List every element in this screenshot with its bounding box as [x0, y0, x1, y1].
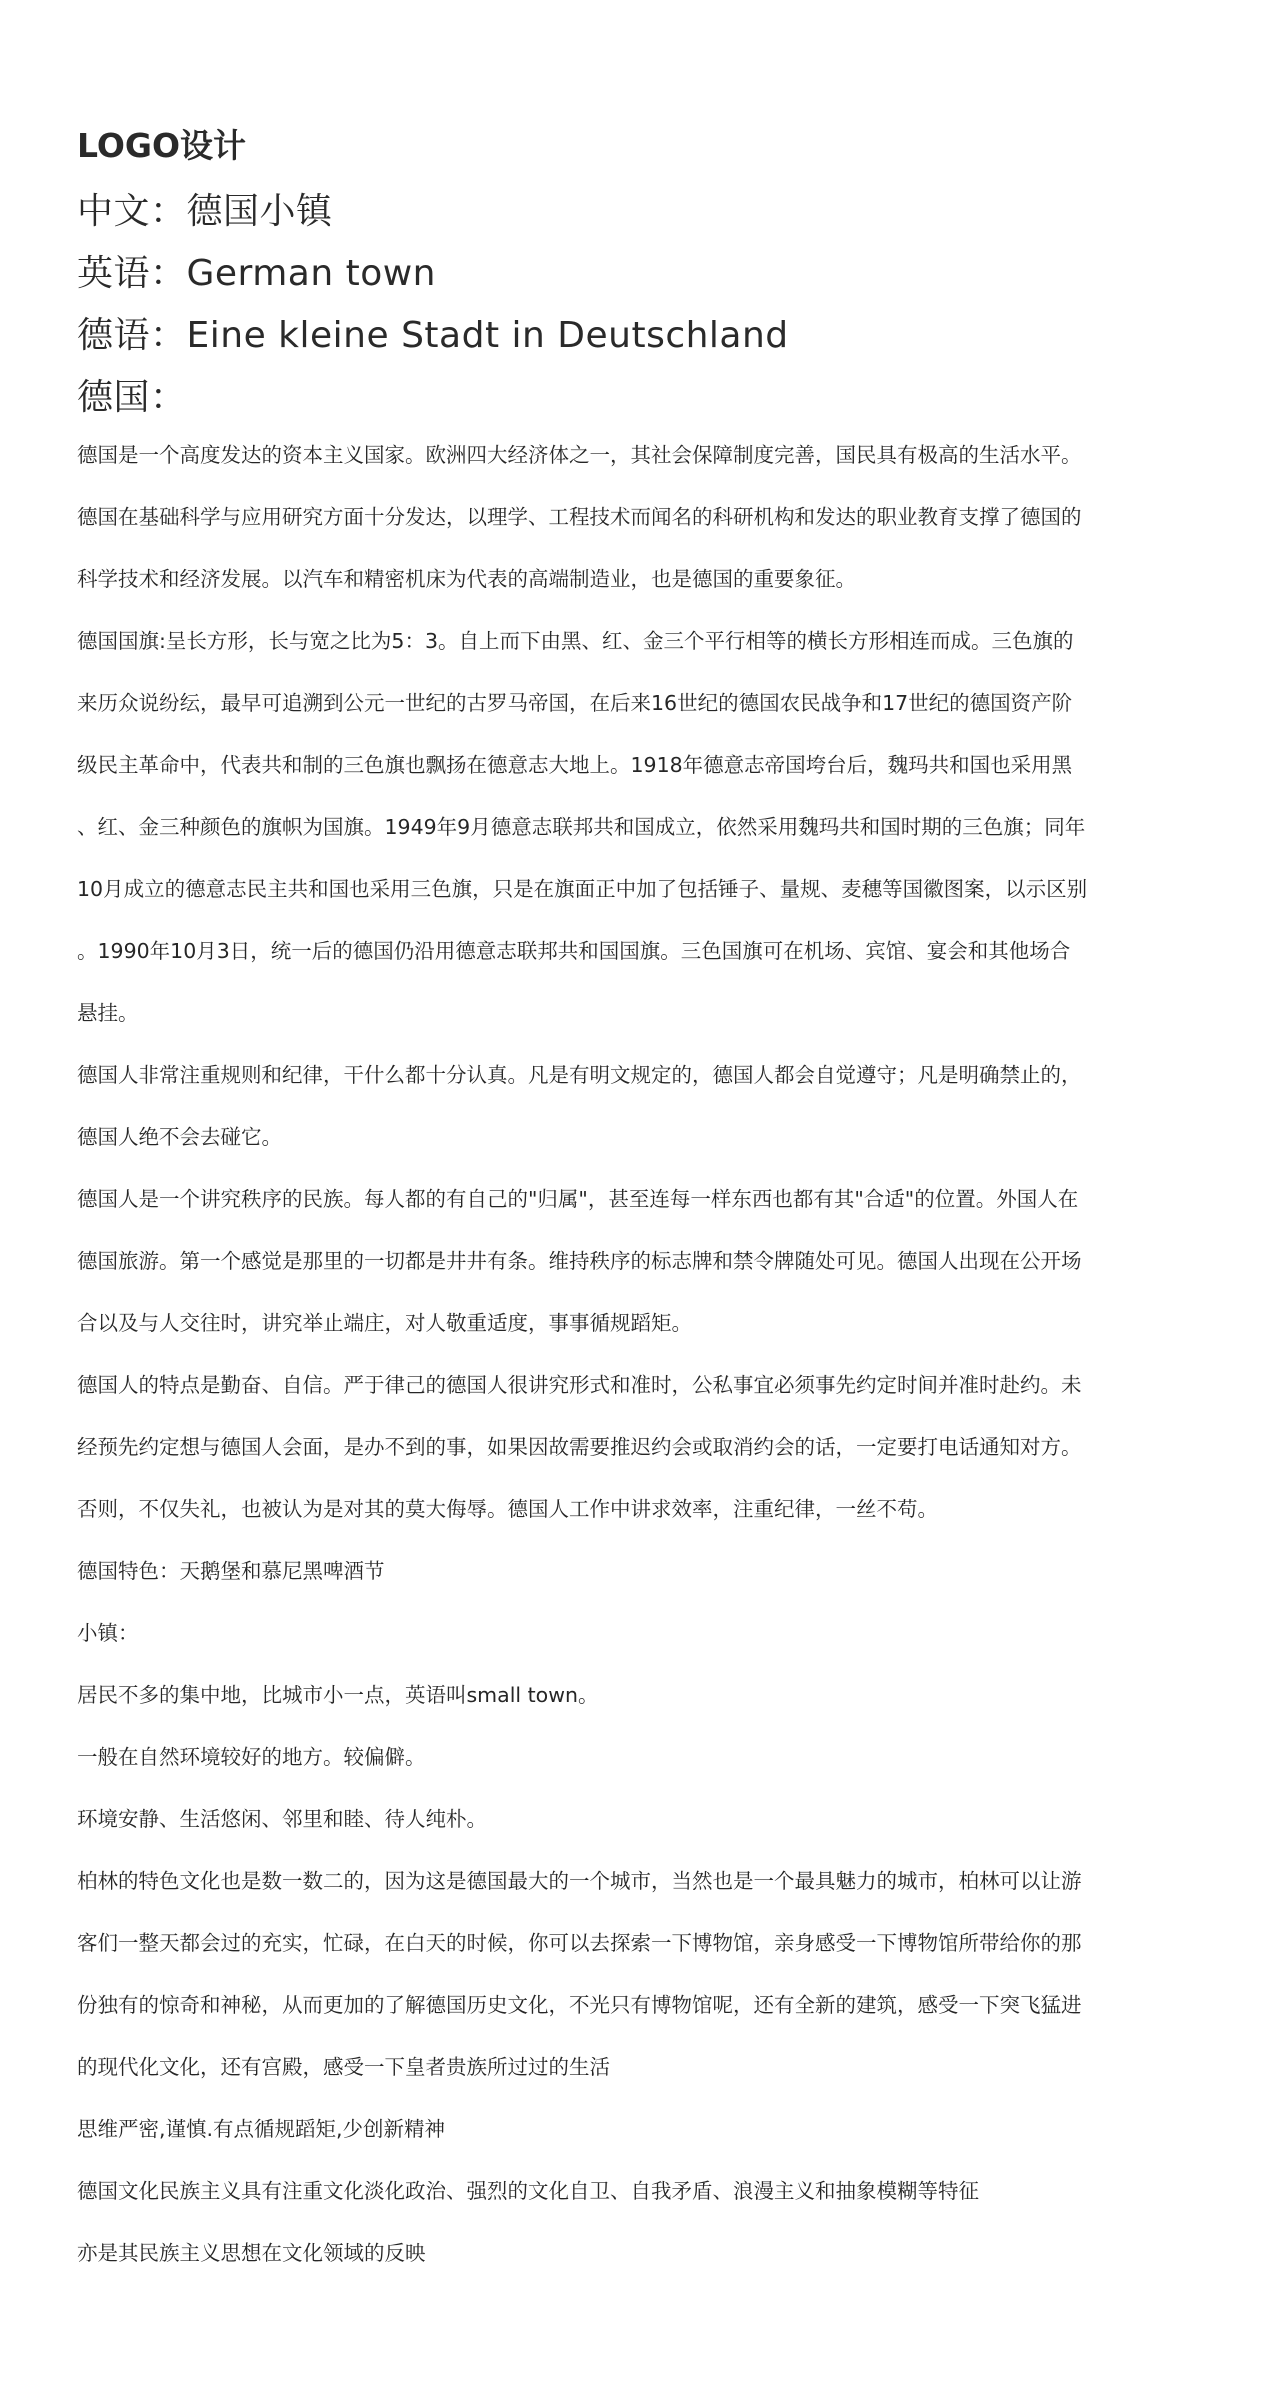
body-line: 一般在自然环境较好的地方。较偏僻。 — [77, 1742, 426, 1772]
page-heading: LOGO设计 — [77, 126, 246, 166]
body-line: 环境安静、生活悠闲、邻里和睦、待人纯朴。 — [77, 1804, 487, 1834]
body-line: 经预先约定想与德国人会面，是办不到的事，如果因故需要推迟约会或取消约会的话，一定… — [77, 1432, 1082, 1462]
body-line: 德国旅游。第一个感觉是那里的一切都是井井有条。维持秩序的标志牌和禁令牌随处可见。… — [77, 1246, 1082, 1276]
body-line: 份独有的惊奇和神秘，从而更加的了解德国历史文化，不光只有博物馆呢，还有全新的建筑… — [77, 1990, 1082, 2020]
body-line: 德国特色：天鹅堡和慕尼黑啤酒节 — [77, 1556, 385, 1586]
body-line: 合以及与人交往时，讲究举止端庄，对人敬重适度，事事循规蹈矩。 — [77, 1308, 692, 1338]
body-line: 客们一整天都会过的充实，忙碌，在白天的时候，你可以去探索一下博物馆，亲身感受一下… — [77, 1928, 1082, 1958]
body-line: 10月成立的德意志民主共和国也采用三色旗，只是在旗面正中加了包括锤子、量规、麦穗… — [77, 874, 1087, 904]
body-line: 德国国旗:呈长方形，长与宽之比为5：3。自上而下由黑、红、金三个平行相等的横长方… — [77, 626, 1074, 656]
body-line: 的现代化文化，还有宫殿，感受一下皇者贵族所过过的生活 — [77, 2052, 610, 2082]
body-line: 科学技术和经济发展。以汽车和精密机床为代表的高端制造业，也是德国的重要象征。 — [77, 564, 856, 594]
body-line: 德国文化民族主义具有注重文化淡化政治、强烈的文化自卫、自我矛盾、浪漫主义和抽象模… — [77, 2176, 979, 2206]
body-line: 德国人绝不会去碰它。 — [77, 1122, 282, 1152]
body-line: 德国是一个高度发达的资本主义国家。欧洲四大经济体之一，其社会保障制度完善，国民具… — [77, 440, 1082, 470]
body-line: 德国人是一个讲究秩序的民族。每人都的有自己的"归属"，甚至连每一样东西也都有其"… — [77, 1184, 1078, 1214]
body-line: 、红、金三种颜色的旗帜为国旗。1949年9月德意志联邦共和国成立，依然采用魏玛共… — [77, 812, 1085, 842]
title-chinese: 中文：德国小镇 — [77, 190, 333, 234]
title-germany: 德国： — [77, 376, 187, 420]
body-line: 德国人的特点是勤奋、自信。严于律己的德国人很讲究形式和准时，公私事宜必须事先约定… — [77, 1370, 1082, 1400]
body-line: 小镇： — [77, 1618, 139, 1648]
body-line: 德国人非常注重规则和纪律，干什么都十分认真。凡是有明文规定的，德国人都会自觉遵守… — [77, 1060, 1082, 1090]
body-line: 。1990年10月3日，统一后的德国仍沿用德意志联邦共和国国旗。三色国旗可在机场… — [77, 936, 1070, 966]
title-english: 英语：German town — [77, 252, 436, 296]
body-line: 级民主革命中，代表共和制的三色旗也飘扬在德意志大地上。1918年德意志帝国垮台后… — [77, 750, 1072, 780]
body-line: 思维严密,谨慎.有点循规蹈矩,少创新精神 — [77, 2114, 445, 2144]
body-line: 否则，不仅失礼，也被认为是对其的莫大侮辱。德国人工作中讲求效率，注重纪律，一丝不… — [77, 1494, 938, 1524]
body-line: 悬挂。 — [77, 998, 139, 1028]
body-line: 德国在基础科学与应用研究方面十分发达，以理学、工程技术而闻名的科研机构和发达的职… — [77, 502, 1082, 532]
body-line: 来历众说纷纭，最早可追溯到公元一世纪的古罗马帝国，在后来16世纪的德国农民战争和… — [77, 688, 1072, 718]
body-line: 居民不多的集中地，比城市小一点，英语叫small town。 — [77, 1680, 598, 1710]
title-german: 德语：Eine kleine Stadt in Deutschland — [77, 314, 789, 358]
body-line: 亦是其民族主义思想在文化领域的反映 — [77, 2238, 426, 2268]
body-line: 柏林的特色文化也是数一数二的，因为这是德国最大的一个城市，当然也是一个最具魅力的… — [77, 1866, 1082, 1896]
